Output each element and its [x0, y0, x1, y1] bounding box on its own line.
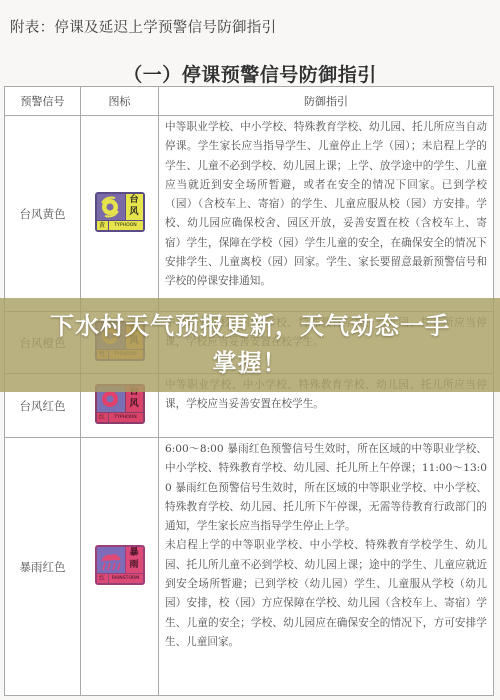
guide-paragraph: 6:00～8:00 暴雨红色预警信号生效时，所在区域的中等职业学校、中小学校、特…	[165, 440, 487, 536]
document-page: 附表：停课及延迟上学预警信号防御指引 （一）停课预警信号防御指引 预警信号 图标…	[0, 0, 500, 700]
icon-level: 黄	[97, 221, 108, 230]
icon-label-cn: 暴雨	[126, 547, 143, 573]
table-header-row: 预警信号 图标 防御指引	[5, 87, 494, 116]
appendix-title: 附表：停课及延迟上学预警信号防御指引	[10, 16, 276, 37]
icon-label-en: RAINSTORM	[109, 574, 143, 583]
icon-label-en: TYPHOON	[109, 221, 143, 230]
guide-text: 中等职业学校、中小学校、特殊教育学校、幼儿园、托儿所应当自动停课。学生家长应当指…	[159, 116, 494, 312]
signal-name: 台风黄色	[5, 116, 81, 312]
banner-headline: 下水村天气预报更新，天气动态一手掌握！	[50, 308, 450, 382]
header-icon: 图标	[81, 87, 159, 116]
header-signal: 预警信号	[5, 87, 81, 116]
guide-paragraph: 未启程上学的中等职业学校、中小学校、特殊教育学校学生、幼儿园、托儿所儿童不必到学…	[165, 536, 487, 652]
guide-text: 6:00～8:00 暴雨红色预警信号生效时，所在区域的中等职业学校、中小学校、特…	[159, 438, 494, 696]
icon-label-en: TYPHOON	[109, 413, 143, 422]
header-guide: 防御指引	[159, 87, 494, 116]
table-row: 暴雨红色	[5, 438, 494, 696]
rainstorm-red-icon: 暴雨 红 RAINSTORM	[95, 545, 145, 585]
typhoon-yellow-icon: 台风 黄 TYPHOON	[95, 192, 145, 232]
icon-level: 红	[97, 413, 108, 422]
signal-name: 暴雨红色	[5, 438, 81, 696]
table-row: 台风黄色 台风	[5, 116, 494, 312]
icon-level: 红	[97, 574, 108, 583]
icon-label-cn: 台风	[126, 194, 143, 220]
headline-banner: 下水村天气预报更新，天气动态一手掌握！	[0, 298, 500, 392]
section-title: （一）停课预警信号防御指引	[0, 60, 500, 87]
